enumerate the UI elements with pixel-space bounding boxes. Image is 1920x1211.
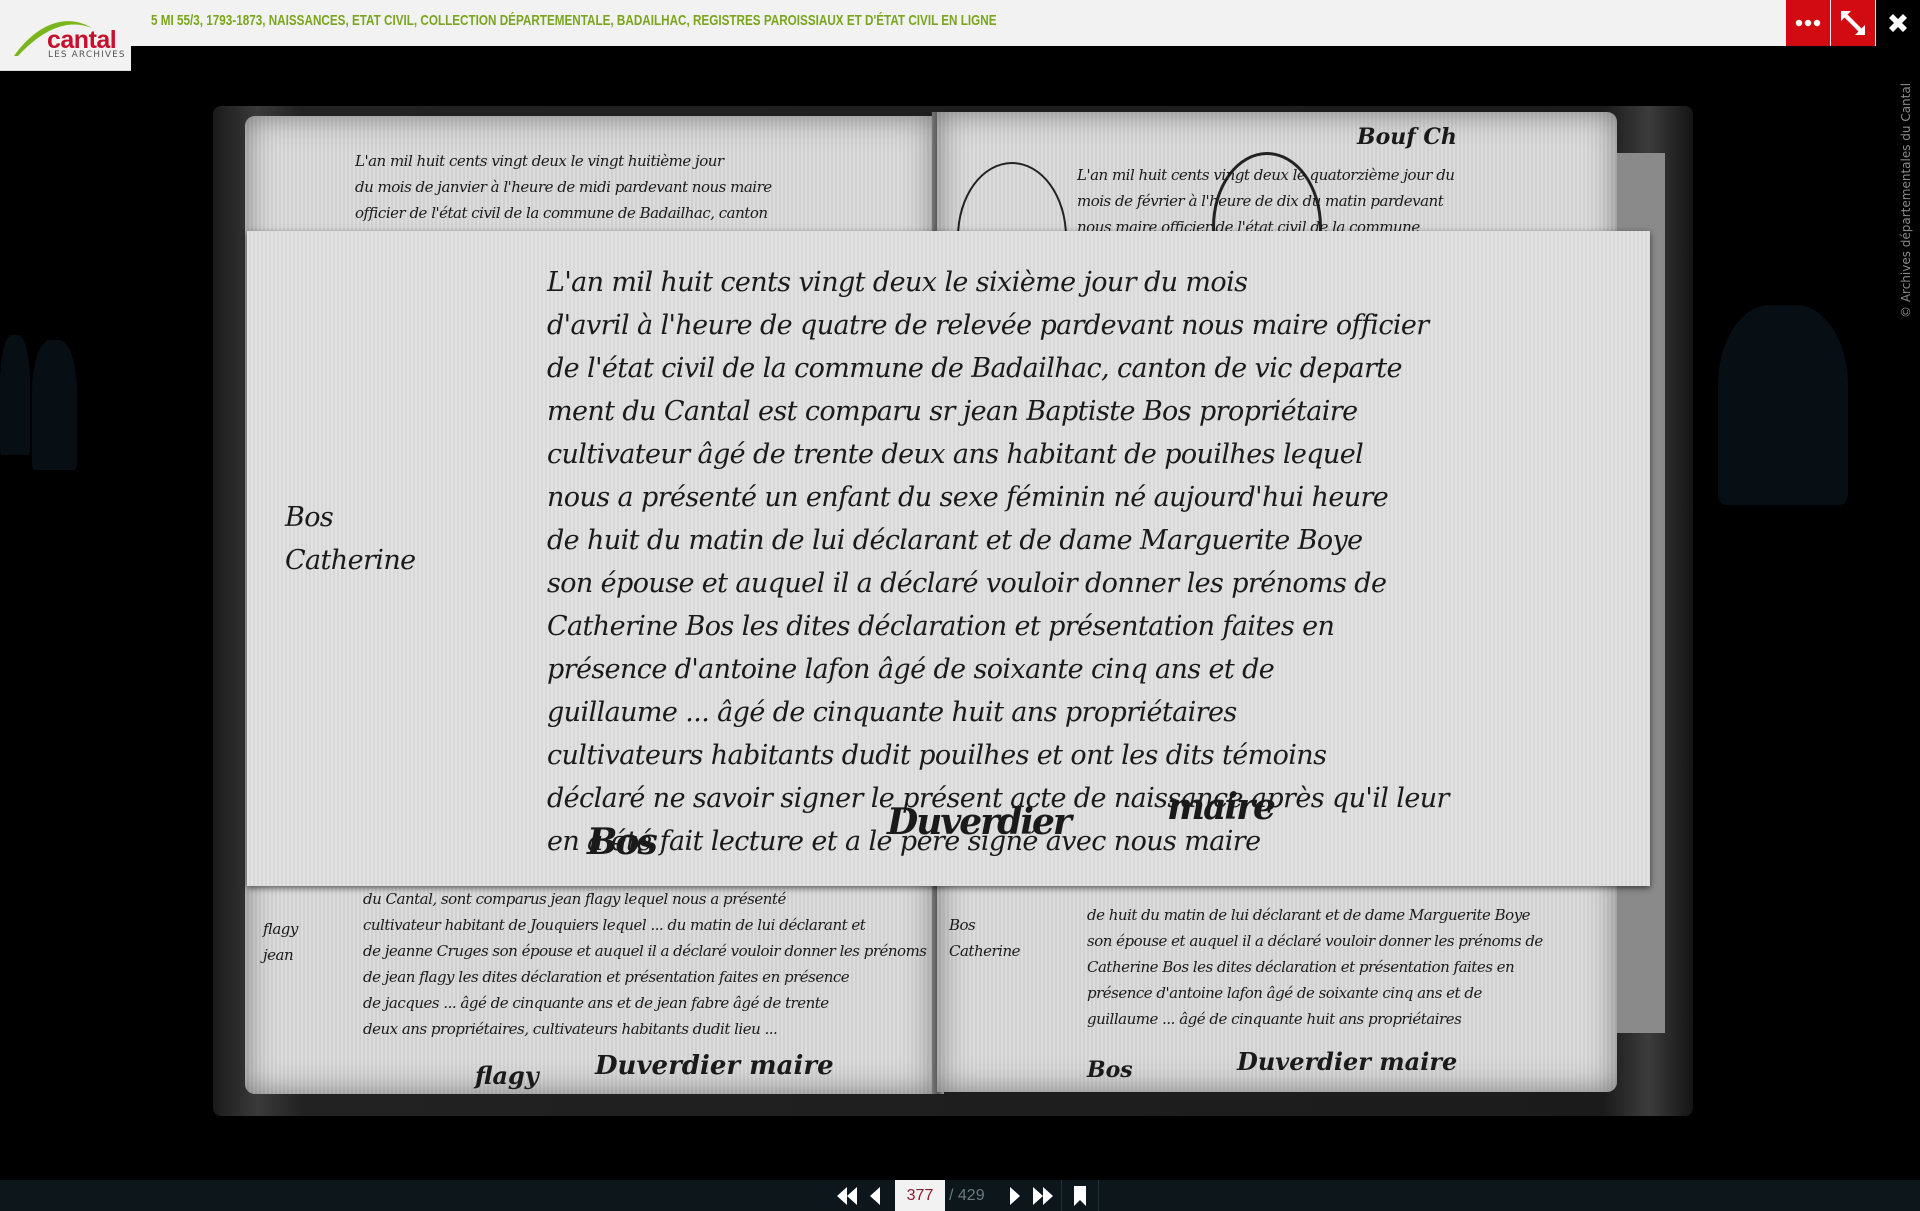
more-options-button[interactable] [1786,0,1830,46]
first-page-icon [836,1187,858,1205]
magnified-text-line: cultivateurs habitants dudit pouilhes et… [547,734,1326,777]
close-icon [1886,11,1910,35]
left-signature-mayor: Duverdier maire [595,1051,834,1081]
next-page-button[interactable] [1001,1180,1029,1211]
next-page-icon [1009,1187,1021,1205]
copyright-notice: © Archives départementales du Cantal [1899,83,1913,318]
cantal-logo[interactable]: cantal LES ARCHIVES [0,0,131,71]
magnified-text-line: cultivateur âgé de trente deux ans habit… [547,433,1363,476]
pagination-controls: / 429 [833,1180,1103,1211]
right-page-text-line: guillaume ... âgé de cinquante huit ans … [1087,1006,1461,1032]
document-title: 5 MI 55/3, 1793-1873, NAISSANCES, ETAT C… [151,12,997,29]
bookmark-button[interactable] [1066,1180,1094,1211]
right-page-text-line: de huit du matin de lui déclarant et de … [1087,902,1530,928]
left-page-text-line: de jeanne Cruges son épouse et auquel il… [363,938,927,964]
magnified-margin-firstname: Catherine [285,539,415,582]
right-page-annotation: Bouf Ch [1357,124,1457,150]
right-page-text-line: présence d'antoine lafon âgé de soixante… [1087,980,1482,1006]
fullscreen-button[interactable] [1831,0,1875,46]
magnified-text-line: d'avril à l'heure de quatre de relevée p… [547,304,1429,347]
left-page-text-line: de jean flagy les dites déclaration et p… [363,964,849,990]
magnified-text-line: de huit du matin de lui déclarant et de … [547,519,1363,562]
left-page-text-line: L'an mil huit cents vingt deux le vingt … [355,148,724,174]
right-signature-mayor: Duverdier maire [1237,1047,1457,1076]
logo-subtitle: LES ARCHIVES [48,50,126,60]
previous-page-icon [869,1187,881,1205]
magnified-margin-surname: Bos [285,496,333,539]
last-page-button[interactable] [1029,1180,1057,1211]
bookmark-icon [1074,1186,1086,1206]
magnified-signature-title: maire [1167,786,1274,828]
magnified-text-line: guillaume ... âgé de cinquante huit ans … [547,691,1237,734]
previous-page-button[interactable] [861,1180,889,1211]
magnified-signature-mayor: Duverdier [887,801,1070,843]
magnified-text-line: L'an mil huit cents vingt deux le sixièm… [547,261,1247,304]
ellipsis-icon [1795,19,1821,27]
right-page-text-line: son épouse et auquel il a déclaré vouloi… [1087,928,1543,954]
left-page-text-line: du mois de janvier à l'heure de midi par… [355,174,772,200]
right-page-text-line: L'an mil huit cents vingt deux le quator… [1077,162,1454,188]
left-page-text-line: du Cantal, sont comparus jean flagy lequ… [363,886,786,912]
magnified-text-line: ment du Cantal est comparu sr jean Bapti… [547,390,1357,433]
left-page-text-line: deux ans propriétaires, cultivateurs hab… [363,1016,777,1042]
header-bar: 5 MI 55/3, 1793-1873, NAISSANCES, ETAT C… [0,0,1920,46]
magnified-text-line: présence d'antoine lafon âgé de soixante… [547,648,1274,691]
left-margin-note: flagy jean [263,916,313,968]
magnified-region[interactable]: L'an mil huit cents vingt deux le sixièm… [247,231,1650,886]
right-signature-father: Bos [1087,1057,1133,1083]
left-page-text-line: cultivateur habitant de Jouquiers lequel… [363,912,865,938]
magnified-signature-father: Bos [587,821,656,863]
right-page-text-line: Catherine Bos les dites déclaration et p… [1087,954,1514,980]
first-page-button[interactable] [833,1180,861,1211]
expand-arrows-icon [1839,9,1867,37]
divider [1098,1180,1099,1211]
magnified-text-line: de l'état civil de la commune de Badailh… [547,347,1402,390]
magnified-text-line: Catherine Bos les dites déclaration et p… [547,605,1334,648]
magnified-text-line: son épouse et auquel il a déclaré vouloi… [547,562,1386,605]
total-pages: / 429 [949,1187,1001,1205]
last-page-icon [1032,1187,1054,1205]
right-margin-note: Bos Catherine [949,912,1029,964]
divider [1061,1180,1062,1211]
right-page-text-line: mois de février à l'heure de dix du mati… [1077,188,1443,214]
current-page-input[interactable] [895,1180,945,1211]
magnified-text-line: nous a présenté un enfant du sexe fémini… [547,476,1388,519]
left-signature-witness: flagy [475,1061,539,1090]
left-page-text-line: officier de l'état civil de la commune d… [355,200,768,226]
close-button[interactable] [1876,0,1920,46]
pagination-bar: / 429 [0,1180,1920,1211]
left-page-text-line: de jacques ... âgé de cinquante ans et d… [363,990,829,1016]
